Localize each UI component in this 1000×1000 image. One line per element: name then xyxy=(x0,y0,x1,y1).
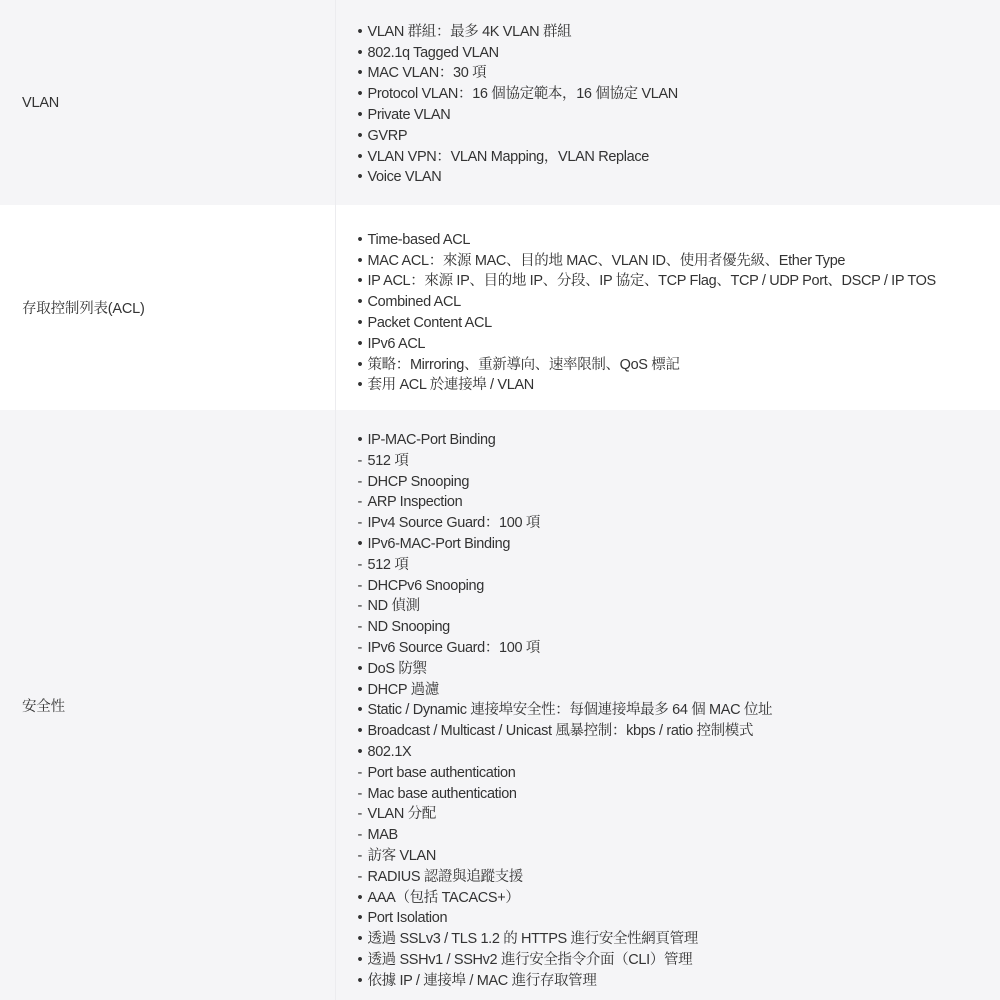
feature-item: •IPv6 ACL xyxy=(358,334,1000,355)
bullet-icon: • xyxy=(358,63,368,84)
bullet-icon: • xyxy=(358,147,368,168)
bullet-icon: • xyxy=(358,375,368,396)
feature-subitem: -IPv4 Source Guard：100 項 xyxy=(358,513,1000,534)
dash-marker-icon: - xyxy=(358,867,368,888)
feature-text: 依據 IP / 連接埠 / MAC 進行存取管理 xyxy=(368,973,597,989)
bullet-icon: • xyxy=(358,888,368,909)
feature-text: 策略：Mirroring、重新導向、速率限制、QoS 標記 xyxy=(368,357,680,373)
feature-item: •依據 IP / 連接埠 / MAC 進行存取管理 xyxy=(358,971,1000,992)
feature-subitem: -RADIUS 認證與追蹤支援 xyxy=(358,867,1000,888)
bullet-icon: • xyxy=(358,22,368,43)
bullet-icon: • xyxy=(358,251,368,272)
feature-text: DHCP 過濾 xyxy=(368,682,439,698)
feature-text: IP ACL：來源 IP、目的地 IP、分段、IP 協定、TCP Flag、TC… xyxy=(368,273,936,289)
feature-item: •VLAN VPN：VLAN Mapping，VLAN Replace xyxy=(358,147,1000,168)
feature-subitem: -DHCPv6 Snooping xyxy=(358,576,1000,597)
feature-list: •IP-MAC-Port Binding-512 項-DHCP Snooping… xyxy=(358,430,1000,992)
feature-subitem: -ARP Inspection xyxy=(358,492,1000,513)
bullet-icon: • xyxy=(358,105,368,126)
feature-text: IPv4 Source Guard：100 項 xyxy=(368,515,541,531)
feature-subitem: -VLAN 分配 xyxy=(358,804,1000,825)
feature-item: •Voice VLAN xyxy=(358,167,1000,188)
feature-text: 訪客 VLAN xyxy=(368,848,436,864)
bullet-icon: • xyxy=(358,534,368,555)
feature-item: •AAA（包括 TACACS+） xyxy=(358,888,1000,909)
feature-text: Static / Dynamic 連接埠安全性：每個連接埠最多 64 個 MAC… xyxy=(368,702,773,718)
dash-marker-icon: - xyxy=(358,784,368,805)
feature-subitem: -512 項 xyxy=(358,555,1000,576)
bullet-icon: • xyxy=(358,929,368,950)
spec-row-acl: 存取控制列表(ACL) •Time-based ACL•MAC ACL：來源 M… xyxy=(0,205,1000,410)
feature-text: 512 項 xyxy=(368,453,409,469)
bullet-icon: • xyxy=(358,721,368,742)
feature-text: RADIUS 認證與追蹤支援 xyxy=(368,869,523,885)
spec-table: VLAN •VLAN 群組：最多 4K VLAN 群組•802.1q Tagge… xyxy=(0,0,1000,1000)
feature-item: •套用 ACL 於連接埠 / VLAN xyxy=(358,375,1000,396)
feature-text: MAB xyxy=(368,827,398,843)
feature-item: •Time-based ACL xyxy=(358,230,1000,251)
row-content: •VLAN 群組：最多 4K VLAN 群組•802.1q Tagged VLA… xyxy=(335,0,1000,205)
dash-marker-icon: - xyxy=(358,513,368,534)
feature-text: ND Snooping xyxy=(368,619,450,635)
feature-item: •Protocol VLAN：16 個協定範本，16 個協定 VLAN xyxy=(358,84,1000,105)
feature-text: IPv6-MAC-Port Binding xyxy=(368,536,511,552)
feature-item: •Private VLAN xyxy=(358,105,1000,126)
feature-item: •IP-MAC-Port Binding xyxy=(358,430,1000,451)
bullet-icon: • xyxy=(358,334,368,355)
bullet-icon: • xyxy=(358,680,368,701)
feature-text: 512 項 xyxy=(368,557,409,573)
feature-text: 透過 SSLv3 / TLS 1.2 的 HTTPS 進行安全性網頁管理 xyxy=(368,931,698,947)
feature-subitem: -ND 偵測 xyxy=(358,596,1000,617)
bullet-icon: • xyxy=(358,230,368,251)
row-content: •IP-MAC-Port Binding-512 項-DHCP Snooping… xyxy=(335,410,1000,1000)
feature-text: Combined ACL xyxy=(368,294,461,310)
feature-text: DHCP Snooping xyxy=(368,474,470,490)
feature-text: Protocol VLAN：16 個協定範本，16 個協定 VLAN xyxy=(368,86,678,102)
feature-text: VLAN 群組：最多 4K VLAN 群組 xyxy=(368,24,572,40)
feature-text: VLAN VPN：VLAN Mapping，VLAN Replace xyxy=(368,149,649,165)
feature-item: •802.1X xyxy=(358,742,1000,763)
feature-text: Mac base authentication xyxy=(368,786,517,802)
feature-text: Port Isolation xyxy=(368,910,448,926)
row-label: 安全性 xyxy=(0,410,335,1000)
feature-item: •Static / Dynamic 連接埠安全性：每個連接埠最多 64 個 MA… xyxy=(358,700,1000,721)
feature-item: •策略：Mirroring、重新導向、速率限制、QoS 標記 xyxy=(358,355,1000,376)
dash-marker-icon: - xyxy=(358,617,368,638)
feature-item: •MAC VLAN：30 項 xyxy=(358,63,1000,84)
dash-marker-icon: - xyxy=(358,451,368,472)
feature-item: •MAC ACL：來源 MAC、目的地 MAC、VLAN ID、使用者優先級、E… xyxy=(358,251,1000,272)
feature-item: •透過 SSLv3 / TLS 1.2 的 HTTPS 進行安全性網頁管理 xyxy=(358,929,1000,950)
feature-text: 802.1X xyxy=(368,744,412,760)
bullet-icon: • xyxy=(358,700,368,721)
feature-text: IP-MAC-Port Binding xyxy=(368,432,496,448)
dash-marker-icon: - xyxy=(358,555,368,576)
bullet-icon: • xyxy=(358,430,368,451)
feature-text: Packet Content ACL xyxy=(368,315,492,331)
feature-subitem: -512 項 xyxy=(358,451,1000,472)
feature-subitem: -ND Snooping xyxy=(358,617,1000,638)
feature-text: MAC VLAN：30 項 xyxy=(368,65,487,81)
feature-item: •Packet Content ACL xyxy=(358,313,1000,334)
feature-item: •IPv6-MAC-Port Binding xyxy=(358,534,1000,555)
dash-marker-icon: - xyxy=(358,825,368,846)
feature-text: Broadcast / Multicast / Unicast 風暴控制：kbp… xyxy=(368,723,754,739)
feature-text: IPv6 Source Guard：100 項 xyxy=(368,640,541,656)
feature-text: Voice VLAN xyxy=(368,169,442,185)
dash-marker-icon: - xyxy=(358,804,368,825)
dash-marker-icon: - xyxy=(358,472,368,493)
dash-marker-icon: - xyxy=(358,576,368,597)
feature-text: Time-based ACL xyxy=(368,232,471,248)
bullet-icon: • xyxy=(358,355,368,376)
feature-item: •VLAN 群組：最多 4K VLAN 群組 xyxy=(358,22,1000,43)
feature-text: GVRP xyxy=(368,128,408,144)
feature-text: DoS 防禦 xyxy=(368,661,427,677)
feature-subitem: -訪客 VLAN xyxy=(358,846,1000,867)
row-content: •Time-based ACL•MAC ACL：來源 MAC、目的地 MAC、V… xyxy=(335,205,1000,410)
feature-list: •Time-based ACL•MAC ACL：來源 MAC、目的地 MAC、V… xyxy=(358,230,1000,396)
spec-row-vlan: VLAN •VLAN 群組：最多 4K VLAN 群組•802.1q Tagge… xyxy=(0,0,1000,205)
feature-text: Port base authentication xyxy=(368,765,516,781)
feature-text: DHCPv6 Snooping xyxy=(368,578,484,594)
feature-text: 套用 ACL 於連接埠 / VLAN xyxy=(368,377,534,393)
feature-subitem: -IPv6 Source Guard：100 項 xyxy=(358,638,1000,659)
feature-text: Private VLAN xyxy=(368,107,451,123)
dash-marker-icon: - xyxy=(358,846,368,867)
dash-marker-icon: - xyxy=(358,596,368,617)
feature-item: •Combined ACL xyxy=(358,292,1000,313)
bullet-icon: • xyxy=(358,659,368,680)
feature-text: IPv6 ACL xyxy=(368,336,426,352)
feature-text: ND 偵測 xyxy=(368,598,420,614)
bullet-icon: • xyxy=(358,43,368,64)
bullet-icon: • xyxy=(358,271,368,292)
feature-item: •GVRP xyxy=(358,126,1000,147)
feature-subitem: -DHCP Snooping xyxy=(358,472,1000,493)
feature-text: 透過 SSHv1 / SSHv2 進行安全指令介面（CLI）管理 xyxy=(368,952,693,968)
feature-text: AAA（包括 TACACS+） xyxy=(368,890,520,906)
bullet-icon: • xyxy=(358,950,368,971)
feature-text: VLAN 分配 xyxy=(368,806,436,822)
row-label: 存取控制列表(ACL) xyxy=(0,205,335,410)
feature-item: •DHCP 過濾 xyxy=(358,680,1000,701)
feature-item: •Port Isolation xyxy=(358,908,1000,929)
feature-item: •DoS 防禦 xyxy=(358,659,1000,680)
feature-item: •802.1q Tagged VLAN xyxy=(358,43,1000,64)
feature-subitem: -MAB xyxy=(358,825,1000,846)
feature-text: 802.1q Tagged VLAN xyxy=(368,45,499,61)
bullet-icon: • xyxy=(358,908,368,929)
bullet-icon: • xyxy=(358,167,368,188)
feature-list: •VLAN 群組：最多 4K VLAN 群組•802.1q Tagged VLA… xyxy=(358,22,1000,188)
bullet-icon: • xyxy=(358,84,368,105)
bullet-icon: • xyxy=(358,292,368,313)
feature-subitem: -Mac base authentication xyxy=(358,784,1000,805)
bullet-icon: • xyxy=(358,742,368,763)
dash-marker-icon: - xyxy=(358,638,368,659)
feature-item: •透過 SSHv1 / SSHv2 進行安全指令介面（CLI）管理 xyxy=(358,950,1000,971)
feature-subitem: -Port base authentication xyxy=(358,763,1000,784)
bullet-icon: • xyxy=(358,971,368,992)
feature-item: •IP ACL：來源 IP、目的地 IP、分段、IP 協定、TCP Flag、T… xyxy=(358,271,1000,292)
spec-row-security: 安全性 •IP-MAC-Port Binding-512 項-DHCP Snoo… xyxy=(0,410,1000,1000)
feature-item: •Broadcast / Multicast / Unicast 風暴控制：kb… xyxy=(358,721,1000,742)
feature-text: ARP Inspection xyxy=(368,494,463,510)
feature-text: MAC ACL：來源 MAC、目的地 MAC、VLAN ID、使用者優先級、Et… xyxy=(368,253,846,269)
bullet-icon: • xyxy=(358,126,368,147)
row-label: VLAN xyxy=(0,0,335,205)
dash-marker-icon: - xyxy=(358,492,368,513)
bullet-icon: • xyxy=(358,313,368,334)
dash-marker-icon: - xyxy=(358,763,368,784)
